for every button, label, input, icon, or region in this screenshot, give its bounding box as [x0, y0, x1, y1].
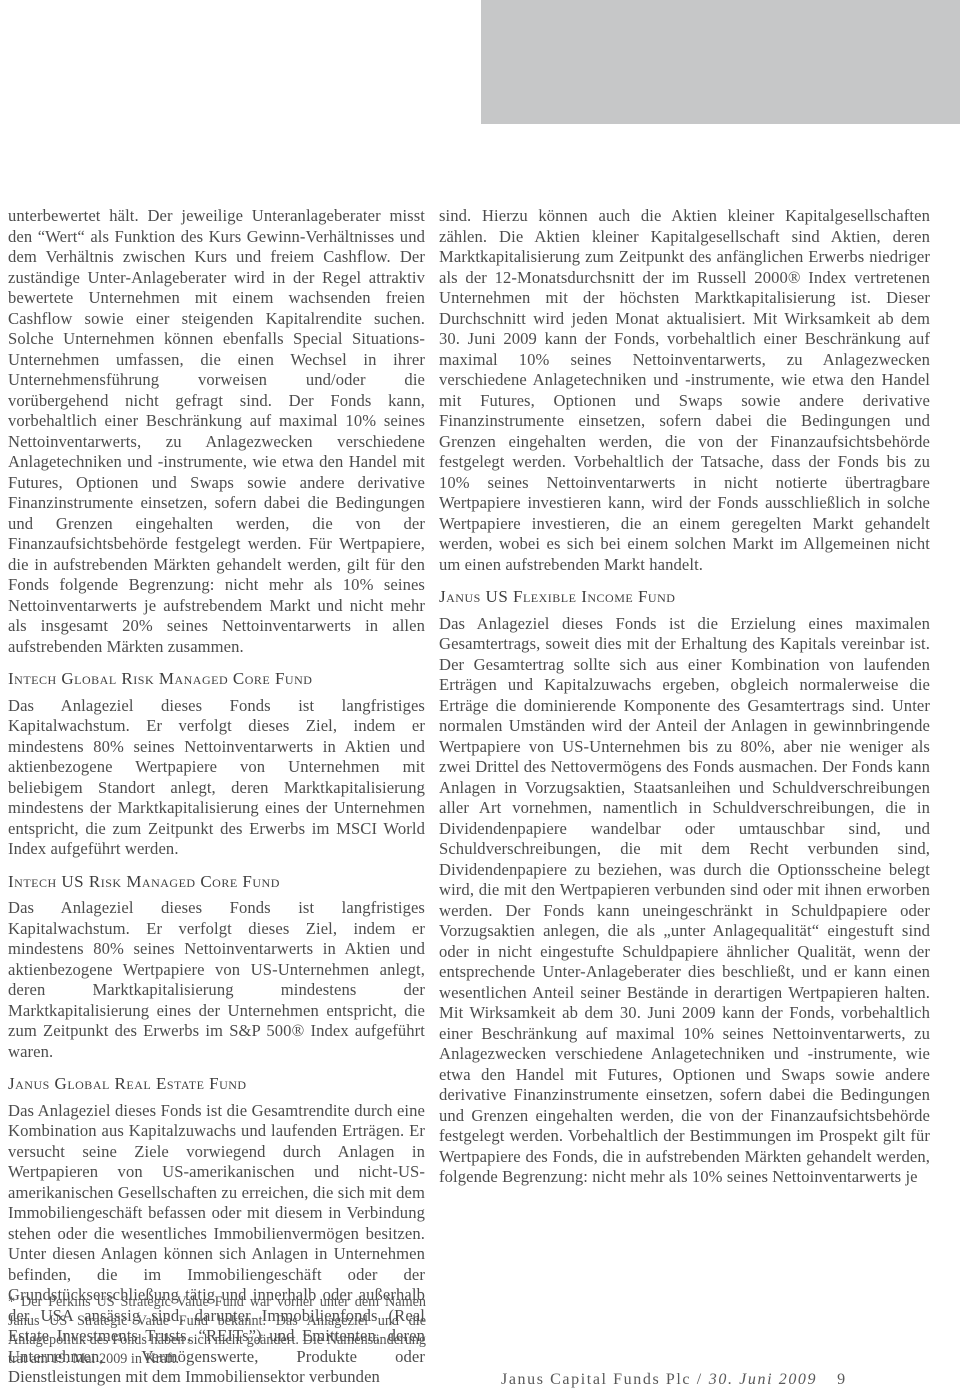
footer-date: 30. Juni 2009 [709, 1371, 817, 1388]
fund-description: Das Anlageziel dieses Fonds ist langfris… [8, 898, 425, 1062]
fund-heading-intech-us-risk-managed-core-fund: Intech US Risk Managed Core Fund [8, 872, 425, 893]
footer-title: Janus Capital Funds Plc / [501, 1371, 703, 1388]
right-column: sind. Hierzu können auch die Aktien klei… [439, 206, 930, 1188]
footnote: * Der Perkins US Strategic Value Fund wa… [8, 1293, 426, 1369]
left-column: unterbewertet hält. Der jeweilige Untera… [8, 206, 425, 1388]
fund-heading-intech-global-risk-managed-core-fund: Intech Global Risk Managed Core Fund [8, 669, 425, 690]
document-page: unterbewertet hält. Der jeweilige Untera… [0, 0, 960, 1399]
fund-heading-janus-global-real-estate-fund: Janus Global Real Estate Fund [8, 1074, 425, 1095]
paragraph-continuation: sind. Hierzu können auch die Aktien klei… [439, 206, 930, 575]
page-footer: Janus Capital Funds Plc /30. Juni 20099 [501, 1371, 847, 1389]
fund-description: Das Anlageziel dieses Fonds ist langfris… [8, 696, 425, 860]
fund-heading-janus-us-flexible-income-fund: Janus US Flexible Income Fund [439, 587, 930, 608]
fund-description: Das Anlageziel dieses Fonds ist die Erzi… [439, 614, 930, 1188]
paragraph-continuation: unterbewertet hält. Der jeweilige Untera… [8, 206, 425, 657]
page-number: 9 [837, 1371, 847, 1388]
header-image-placeholder [481, 0, 960, 124]
